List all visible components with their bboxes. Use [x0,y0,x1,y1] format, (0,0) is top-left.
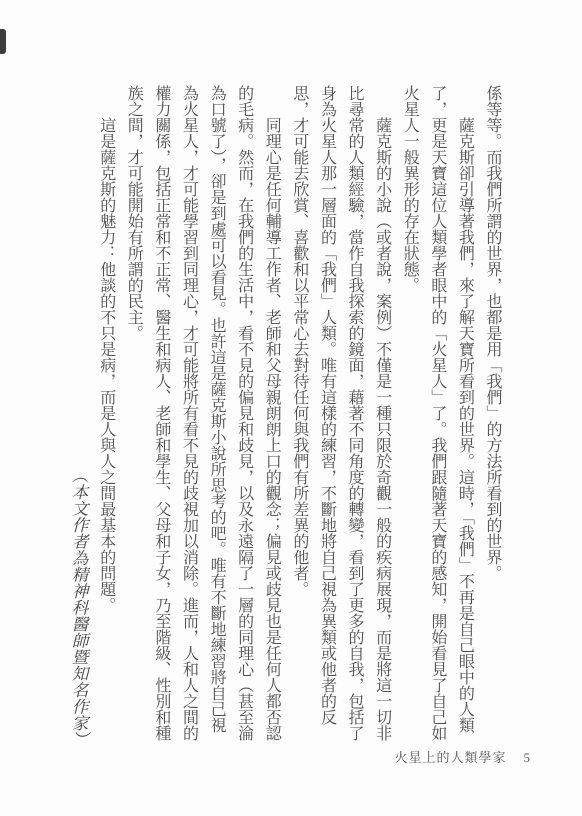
paragraph-2: 薩克斯卻引導著我們，來了解天寶所看到的世界。這時，「我們」不再是自己眼中的人類了… [396,85,479,747]
main-text-block: 係等等。而我們所謂的世界，也都是用「我們」的方法所看到的世界。 薩克斯卻引導著我… [64,85,506,747]
paragraph-continuation: 係等等。而我們所謂的世界，也都是用「我們」的方法所看到的世界。 [478,85,506,747]
running-title: 火星上的人類學家 [394,747,506,766]
scan-artifact [0,29,6,54]
author-attribution: （本文作者為精神科醫師暨知名作家） [65,85,93,747]
page-footer: 火星上的人類學家 5 [394,747,530,766]
book-page: 係等等。而我們所謂的世界，也都是用「我們」的方法所看到的世界。 薩克斯卻引導著我… [0,0,582,816]
paragraph-3: 薩克斯的小說（或者說，案例）不僅是一種只限於奇觀一般的疾病展現，而是將這一切非比… [285,85,395,747]
paragraph-5: 這是薩克斯的魅力：他談的不只是病，而是人與人之間最基本的問題。 [92,85,120,747]
paragraph-4: 同理心是任何輔導工作者、老師和父母親朗朗上口的觀念；偏見或歧見也是任何人都否認的… [120,85,286,747]
page-number: 5 [524,750,531,766]
